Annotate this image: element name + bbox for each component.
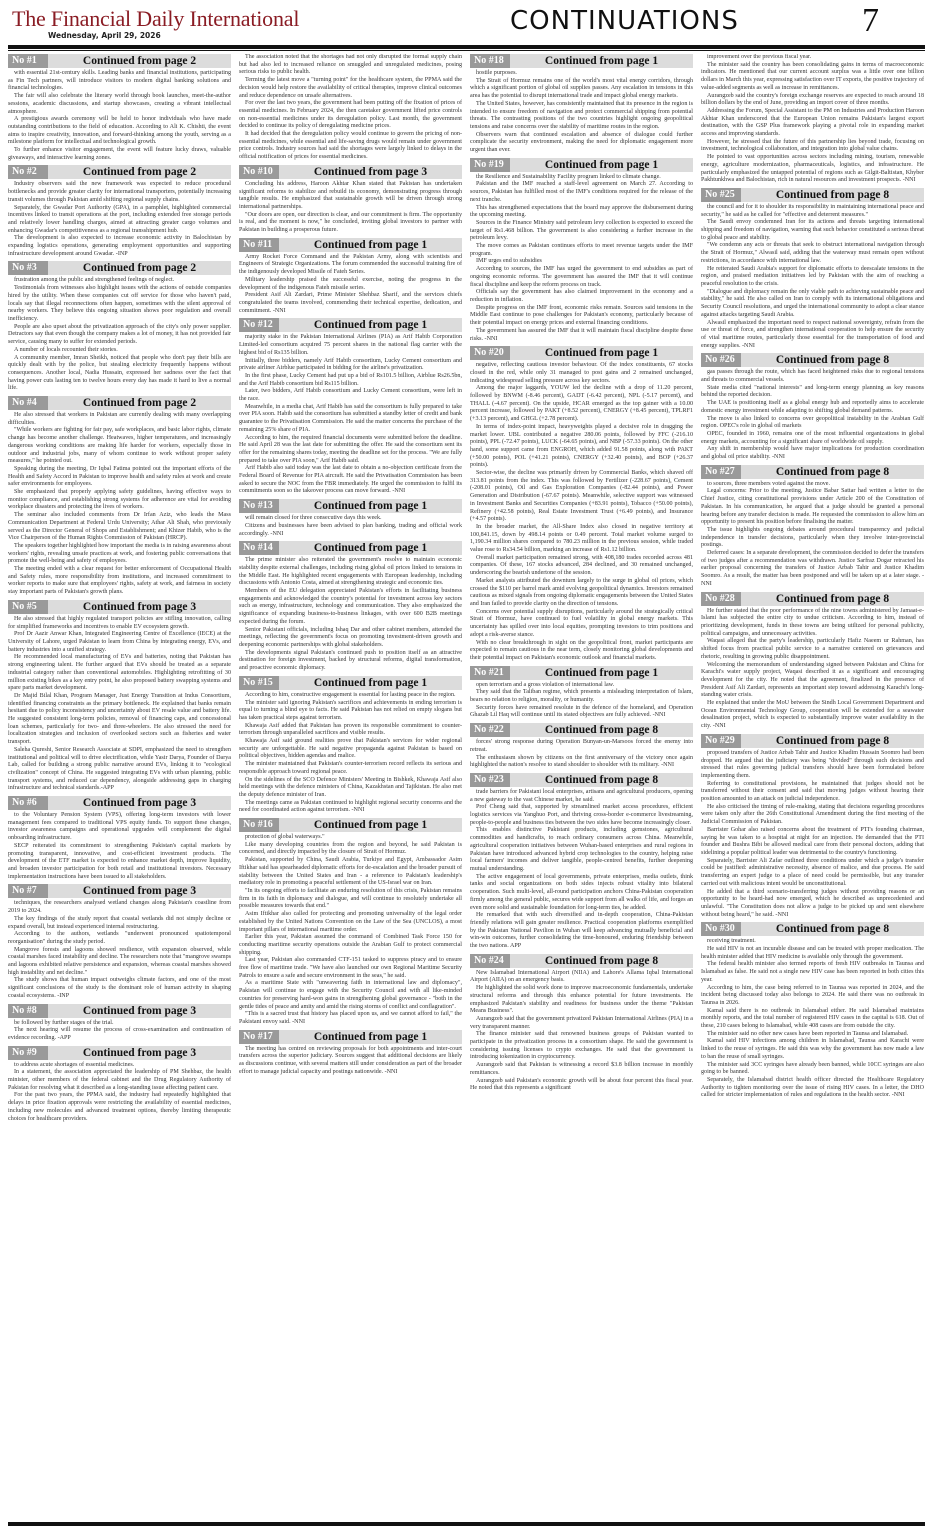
article-body: The meeting has centred on reviewing pro…: [239, 1046, 462, 1077]
article-body: The prime minister also reiterated the g…: [239, 557, 462, 673]
article-number-badge: No #26: [701, 353, 741, 367]
paragraph: gas passes through the route, which has …: [701, 369, 924, 384]
paragraph: Army Rocket Force Command and the Pakist…: [239, 254, 462, 277]
article-number-badge: No #11: [239, 238, 279, 252]
paragraph: Sources in the Finance Ministry said pet…: [470, 220, 693, 243]
paragraph: The minister maintained that Pakistan's …: [239, 761, 462, 776]
paragraph: Prof Dr Aazir Anwar Khan, Integrated Eng…: [8, 631, 231, 654]
continuation-article: No #4Continued from page 2He also stress…: [8, 396, 231, 597]
article-number-badge: No #3: [8, 261, 48, 275]
paragraph: He pointed to vast opportunities across …: [701, 154, 924, 185]
continued-from-label: Continued from page 3: [48, 601, 231, 613]
paragraph: forces' strong response during Operation…: [470, 739, 693, 754]
paragraph: Like many developing countries from the …: [239, 842, 462, 857]
paragraph: According to him, the required financial…: [239, 435, 462, 466]
paragraph: Industry observers said the new framewor…: [8, 181, 231, 204]
continued-from-label: Continued from page 1: [279, 819, 462, 831]
paragraph: SECP reiterated its commitment to streng…: [8, 843, 231, 882]
paragraph: Deferred cases: In a separate developmen…: [701, 550, 924, 589]
paragraph: Market analysts attributed the downturn …: [470, 578, 693, 609]
paragraph: Aurangzeb said that Pakistan is witnessi…: [470, 1062, 693, 1077]
paragraph: The Strait of Hormuz remains one of the …: [470, 78, 693, 101]
continued-from-label: Continued from page 3: [48, 885, 231, 897]
paragraph: The fair will also celebrate the literar…: [8, 93, 231, 116]
article-header: No #21Continued from page 1: [470, 666, 693, 680]
paragraph: Officials say the government has also cl…: [470, 289, 693, 304]
paragraph: The active engagement of local governmen…: [470, 874, 693, 913]
article-header: No #27Continued from page 8: [701, 465, 924, 479]
paragraph: The government has assured the IMF that …: [470, 328, 693, 343]
continuation-article: No #22Continued from page 8forces' stron…: [470, 723, 693, 770]
paragraph: Observers warn that continued escalation…: [470, 132, 693, 155]
paragraph: The enthusiasm shown by citizens on the …: [470, 755, 693, 770]
paragraph: He also stressed that workers in Pakista…: [8, 412, 231, 427]
continuation-article: No #21Continued from page 1open terroris…: [470, 666, 693, 721]
paragraph: The key findings of the study report tha…: [8, 916, 231, 931]
paragraph: trade barriers for Pakistani local enter…: [470, 789, 693, 804]
article-header: No #7Continued from page 3: [8, 884, 231, 898]
article-header: No #2Continued from page 2: [8, 165, 231, 179]
footer-rule: [8, 1522, 925, 1526]
article-header: No #16Continued from page 1: [239, 818, 462, 832]
paragraph: Arif Habib also said today was the last …: [239, 465, 462, 496]
paragraph: For over the last two years, the governm…: [239, 100, 462, 131]
paragraph: This has strengthened expectations that …: [470, 205, 693, 220]
paragraph: The issue highlights ongoing debates aro…: [701, 527, 924, 550]
paragraph: will remain closed for three consecutive…: [239, 515, 462, 523]
article-body: the Resilience and Sustainability Facili…: [470, 174, 693, 343]
paragraph: "We condemn any acts or threats that see…: [701, 242, 924, 265]
continued-from-label: Continued from page 8: [510, 774, 693, 786]
paragraph: With no clear breakthrough in sight on t…: [470, 640, 693, 663]
paragraph: She emphasized that properly applying sa…: [8, 489, 231, 512]
article-number-badge: No #9: [8, 1046, 48, 1060]
paragraph: proposed transfers of Justice Arbab Tahi…: [701, 750, 924, 781]
article-number-badge: No #29: [701, 734, 741, 748]
paragraph: Kamal said there is no outbreak in Islam…: [701, 1008, 924, 1031]
article-header: No #19Continued from page 1: [470, 158, 693, 172]
paragraph: hostile purposes.: [470, 70, 693, 78]
continuation-article: No #17Continued from page 1The meeting h…: [239, 1030, 462, 1077]
paragraph: According to him, constructive engagemen…: [239, 692, 462, 700]
article-number-badge: No #10: [239, 165, 279, 179]
continuation-article: No #2Continued from page 2Industry obser…: [8, 165, 231, 258]
article-body: gas passes through the route, which has …: [701, 369, 924, 461]
paragraph: The meeting ended with a clear request f…: [8, 566, 231, 597]
article-body: Army Rocket Force Command and the Pakist…: [239, 254, 462, 316]
continued-from-label: Continued from page 1: [510, 55, 693, 67]
paragraph: The seminar also included comments from …: [8, 512, 231, 543]
paragraph: The minister said the country has been c…: [701, 62, 924, 93]
lead-continuation-text: The association noted that the shortages…: [239, 54, 462, 162]
paragraph: Alwasil emphasized the important need to…: [701, 320, 924, 351]
continued-from-label: Continued from page 3: [48, 797, 231, 809]
continuation-article: No #26Continued from page 8gas passes th…: [701, 353, 924, 461]
article-header: No #22Continued from page 8: [470, 723, 693, 737]
continuation-article: No #3Continued from page 2frustration am…: [8, 261, 231, 393]
continued-from-label: Continued from page 8: [510, 724, 693, 736]
section-title: CONTINUATIONS: [510, 6, 739, 36]
paragraph: He also stressed that highly regulated t…: [8, 616, 231, 631]
paragraph: However, he stressed that the future of …: [701, 139, 924, 154]
continuation-article: No #9Continued from page 3to address acu…: [8, 1046, 231, 1124]
paragraph: He remarked that with such diversified a…: [470, 912, 693, 951]
paragraph: to sources, three members voted against …: [701, 481, 924, 489]
paragraph: A number of locals recounted their stori…: [8, 347, 231, 355]
article-header: No #6Continued from page 3: [8, 796, 231, 810]
article-number-badge: No #2: [8, 165, 48, 179]
paragraph: The move comes as Pakistan continues eff…: [470, 243, 693, 258]
continued-from-label: Continued from page 8: [510, 955, 693, 967]
paragraph: Initially, three bidders, namely Arif Ha…: [239, 358, 462, 373]
paragraph: "Our doors are open, our direction is cl…: [239, 212, 462, 235]
continuation-article: No #6Continued from page 3to the Volunta…: [8, 796, 231, 881]
article-number-badge: No #1: [8, 54, 48, 68]
article-body: will remain closed for three consecutive…: [239, 515, 462, 538]
lead-continuation-text: improvement over the previous fiscal yea…: [701, 54, 924, 185]
continued-from-label: Continued from page 8: [741, 735, 924, 747]
article-number-badge: No #7: [8, 884, 48, 898]
paragraph: The finance minister said that renowned …: [470, 1031, 693, 1062]
continuation-article: No #13Continued from page 1will remain c…: [239, 499, 462, 538]
continuation-article: No #30Continued from page 8receiving tre…: [701, 922, 924, 1100]
paragraph: According to him, the case being referre…: [701, 985, 924, 1008]
continuation-article: No #5Continued from page 3He also stress…: [8, 600, 231, 793]
paragraph: In terms of index-point impact, heavywei…: [470, 424, 693, 470]
paragraph: In a statement, the association apprecia…: [8, 1069, 231, 1092]
paragraph: The developments signal Pakistan's conti…: [239, 650, 462, 673]
article-body: to the Voluntary Pension System (VPS), o…: [8, 812, 231, 881]
continuation-article: No #25Continued from page 8the council a…: [701, 188, 924, 350]
paragraph: Pakistan and the IMF reached a staff-lev…: [470, 181, 693, 204]
paragraph: Barrister Gohar also raised concerns abo…: [701, 827, 924, 858]
article-number-badge: No #27: [701, 465, 741, 479]
paragraph: majority stake in the Pakistan Internati…: [239, 334, 462, 357]
paragraph: He said HIV is not an incurable disease …: [701, 946, 924, 961]
paragraph: Aurangzeb said the country's foreign exc…: [701, 93, 924, 108]
article-header: No #15Continued from page 1: [239, 676, 462, 690]
paragraph: The federal health minister also termed …: [701, 961, 924, 984]
paragraph: Addressing the Forum, Special Assistant …: [701, 108, 924, 139]
masthead-rule: [8, 45, 925, 49]
continuation-article: No #18Continued from page 1hostile purpo…: [470, 54, 693, 155]
continued-from-label: Continued from page 1: [279, 239, 462, 251]
continued-from-label: Continued from page 1: [279, 542, 462, 554]
paragraph: The minister said 3CC syringes have alre…: [701, 1062, 924, 1077]
paragraph: Concerns over potential supply disruptio…: [470, 609, 693, 640]
article-header: No #11Continued from page 1: [239, 238, 462, 252]
paragraph: People are also upset about the privatiz…: [8, 324, 231, 347]
continued-from-label: Continued from page 3: [48, 1047, 231, 1059]
paragraph: He reiterated Saudi Arabia's support for…: [701, 266, 924, 289]
paragraph: Among the major laggards, YOUW led the d…: [470, 385, 693, 424]
paragraph: Khawaja Asif said ground realities prove…: [239, 738, 462, 761]
paragraph: Waqasi alleged that the party's leadersh…: [701, 638, 924, 661]
paragraph: As a maritime State with "unwavering fai…: [239, 980, 462, 1011]
paragraph: Speaking during the meeting, Dr Iqbal Fa…: [8, 466, 231, 489]
paragraph: President Asif Ali Zardari, Prime Minist…: [239, 292, 462, 315]
article-body: He also stressed that workers in Pakista…: [8, 412, 231, 597]
article-body: trade barriers for Pakistani local enter…: [470, 789, 693, 951]
paragraph: Dr Majid Bilal Khan, Program Manager, Ju…: [8, 693, 231, 747]
paragraph: improvement over the previous fiscal yea…: [701, 54, 924, 62]
continuation-article: No #20Continued from page 1negative, ref…: [470, 346, 693, 662]
continued-from-label: Continued from page 3: [279, 166, 462, 178]
paper-name: The Financial Daily International: [12, 6, 299, 32]
paragraph: "Dialogue and diplomacy remain the only …: [701, 289, 924, 320]
article-header: No #30Continued from page 8: [701, 922, 924, 936]
article-header: No #26Continued from page 8: [701, 353, 924, 367]
article-body: He further stated that the poor performa…: [701, 608, 924, 731]
article-number-badge: No #21: [470, 666, 510, 680]
article-header: No #3Continued from page 2: [8, 261, 231, 275]
article-number-badge: No #20: [470, 346, 510, 360]
paragraph: Separately, Barrister Ali Zafar outlined…: [701, 858, 924, 889]
article-number-badge: No #16: [239, 818, 279, 832]
article-body: Concluding his address, Haroon Akhtar Kh…: [239, 181, 462, 235]
paragraph: protection of global waterways.": [239, 834, 462, 842]
article-header: No #9Continued from page 3: [8, 1046, 231, 1060]
paragraph: the council and for it to shoulder its r…: [701, 204, 924, 219]
paragraph: Khawaja Asif added that Pakistan has pro…: [239, 723, 462, 738]
paragraph: Saleha Qureshi, Senior Research Associat…: [8, 747, 231, 793]
article-body: with essential 21st-century skills. Lead…: [8, 70, 231, 162]
column-3: No #18Continued from page 1hostile purpo…: [470, 54, 693, 1520]
paragraph: techniques, the researchers analysed wet…: [8, 900, 231, 915]
paragraph: "In its ongoing efforts to facilitate an…: [239, 888, 462, 911]
article-number-badge: No #15: [239, 676, 279, 690]
article-header: No #25Continued from page 8: [701, 188, 924, 202]
article-header: No #17Continued from page 1: [239, 1030, 462, 1044]
article-body: techniques, the researchers analysed wet…: [8, 900, 231, 1000]
article-body: be followed by further stages of the tri…: [8, 1020, 231, 1043]
paragraph: Legal concerns: Prior to the meeting, Ju…: [701, 488, 924, 527]
paragraph: According to sources, the IMF has urged …: [470, 266, 693, 289]
paragraph: According to the authors, wetlands "unde…: [8, 931, 231, 946]
paragraph: New Islamabad International Airport (NII…: [470, 970, 693, 985]
continued-from-label: Continued from page 2: [48, 55, 231, 67]
paragraph: They said that the Taliban regime, which…: [470, 689, 693, 704]
continued-from-label: Continued from page 1: [510, 667, 693, 679]
continuation-article: No #14Continued from page 1The prime min…: [239, 541, 462, 673]
continued-from-label: Continued from page 2: [48, 397, 231, 409]
article-number-badge: No #24: [470, 954, 510, 968]
paragraph: Last year, Pakistan also commanded CTF-1…: [239, 957, 462, 980]
paragraph: Sector-wise, the decline was primarily d…: [470, 470, 693, 524]
article-header: No #23Continued from page 8: [470, 773, 693, 787]
continued-from-label: Continued from page 8: [741, 354, 924, 366]
paragraph: with essential 21st-century skills. Lead…: [8, 70, 231, 93]
paragraph: He recommended local manufacturing of EV…: [8, 654, 231, 693]
paragraph: Kamal said HIV infections among children…: [701, 1038, 924, 1061]
paragraph: Mangrove forests and lagoons showed resi…: [8, 947, 231, 978]
paragraph: The UAE is positioning itself as a globa…: [701, 400, 924, 415]
paragraph: In the broader market, the All-Share Ind…: [470, 524, 693, 555]
paragraph: Despite progress on the IMF front, econo…: [470, 305, 693, 328]
paragraph: He added that a third scenario-transferr…: [701, 889, 924, 920]
article-header: No #29Continued from page 8: [701, 734, 924, 748]
paragraph: The association noted that the shortages…: [239, 54, 462, 77]
article-number-badge: No #13: [239, 499, 279, 513]
continuation-article: No #28Continued from page 8He further st…: [701, 592, 924, 731]
paragraph: Members of the EU delegation appreciated…: [239, 588, 462, 627]
article-number-badge: No #4: [8, 396, 48, 410]
paragraph: Aurangzeb said Pakistan's economic growt…: [470, 1078, 693, 1093]
paragraph: The speakers together highlighted how im…: [8, 543, 231, 566]
continuation-article: No #11Continued from page 1Army Rocket F…: [239, 238, 462, 316]
paragraph: negative, reflecting cautious investor b…: [470, 362, 693, 385]
paragraph: receiving treatment.: [701, 938, 924, 946]
paragraph: In the first phase, Lucky Cement had put…: [239, 373, 462, 388]
paragraph: "While workers are fighting for fair pay…: [8, 427, 231, 466]
continuation-article: No #8Continued from page 3be followed by…: [8, 1004, 231, 1043]
paragraph: Separately, the Islamabad district healt…: [701, 1077, 924, 1100]
paragraph: The study shows that human impact outwei…: [8, 977, 231, 1000]
article-body: hostile purposes.The Strait of Hormuz re…: [470, 70, 693, 155]
article-body: to sources, three members voted against …: [701, 481, 924, 589]
article-body: protection of global waterways."Like man…: [239, 834, 462, 1027]
paragraph: Concluding his address, Haroon Akhtar Kh…: [239, 181, 462, 212]
article-header: No #18Continued from page 1: [470, 54, 693, 68]
article-body: negative, reflecting cautious investor b…: [470, 362, 693, 662]
continued-from-label: Continued from page 8: [741, 466, 924, 478]
article-body: proposed transfers of Justice Arbab Tahi…: [701, 750, 924, 919]
article-body: to address acute shortages of essential …: [8, 1062, 231, 1124]
paragraph: The meeting has centred on reviewing pro…: [239, 1046, 462, 1077]
article-body: New Islamabad International Airport (NII…: [470, 970, 693, 1093]
article-header: No #20Continued from page 1: [470, 346, 693, 360]
paragraph: Testimonials from witnesses also highlig…: [8, 285, 231, 324]
article-body: receiving treatment.He said HIV is not a…: [701, 938, 924, 1100]
paragraph: Referring to constitutional provisions, …: [701, 781, 924, 804]
continuation-article: No #16Continued from page 1protection of…: [239, 818, 462, 1027]
article-body: the council and for it to shoulder its r…: [701, 204, 924, 350]
article-number-badge: No #6: [8, 796, 48, 810]
paragraph: He highlighted the solid work done to im…: [470, 985, 693, 1016]
article-body: Industry observers said the new framewor…: [8, 181, 231, 258]
continuation-article: No #19Continued from page 1the Resilienc…: [470, 158, 693, 343]
article-number-badge: No #18: [470, 54, 510, 68]
continued-from-label: Continued from page 1: [279, 677, 462, 689]
masthead-rule-thin: [8, 50, 925, 51]
continuation-article: No #23Continued from page 8trade barrier…: [470, 773, 693, 951]
paragraph: A community member, Imran Sheikh, notice…: [8, 355, 231, 394]
article-header: No #28Continued from page 8: [701, 592, 924, 606]
columns: No #1Continued from page 2with essential…: [8, 54, 925, 1520]
continuation-article: No #7Continued from page 3techniques, th…: [8, 884, 231, 1000]
paragraph: The Saudi envoy condemned Iran for its a…: [701, 219, 924, 242]
paragraph: Senior Pakistani officials, including Is…: [239, 627, 462, 650]
paragraph: OPEC, founded in 1960, remains one of th…: [701, 431, 924, 446]
continuation-article: No #1Continued from page 2with essential…: [8, 54, 231, 162]
continued-from-label: Continued from page 1: [510, 159, 693, 171]
paragraph: Asim Iftikhar also called for protecting…: [239, 911, 462, 934]
article-number-badge: No #14: [239, 541, 279, 555]
paragraph: Pakistan, supported by China, Saudi Arab…: [239, 857, 462, 888]
article-number-badge: No #23: [470, 773, 510, 787]
article-header: No #13Continued from page 1: [239, 499, 462, 513]
issue-date: Wednesday, April 29, 2026: [48, 31, 161, 40]
masthead: The Financial Daily International Wednes…: [0, 0, 945, 48]
article-body: forces' strong response during Operation…: [470, 739, 693, 770]
paragraph: Aurangzeb said that the government priva…: [470, 1016, 693, 1031]
paragraph: to the Voluntary Pension System (VPS), o…: [8, 812, 231, 843]
column-4: improvement over the previous fiscal yea…: [701, 54, 924, 1520]
article-body: majority stake in the Pakistan Internati…: [239, 334, 462, 496]
article-header: No #4Continued from page 2: [8, 396, 231, 410]
continuation-article: No #29Continued from page 8proposed tran…: [701, 734, 924, 919]
article-header: No #10Continued from page 3: [239, 165, 462, 179]
column-2: The association noted that the shortages…: [239, 54, 462, 1520]
paragraph: He explained that under the MoU between …: [701, 700, 924, 731]
article-number-badge: No #5: [8, 600, 48, 614]
paragraph: Later, two bidders, Arif Habib consortiu…: [239, 388, 462, 403]
paragraph: Terming the latest move a "turning point…: [239, 77, 462, 100]
continued-from-label: Continued from page 1: [279, 500, 462, 512]
continued-from-label: Continued from page 8: [741, 593, 924, 605]
paragraph: The meetings came as Pakistan continued …: [239, 800, 462, 815]
article-header: No #8Continued from page 3: [8, 1004, 231, 1018]
article-number-badge: No #19: [470, 158, 510, 172]
paragraph: "This is a sacred trust that history has…: [239, 1011, 462, 1026]
paragraph: This enables distinctive Pakistani produ…: [470, 827, 693, 873]
paragraph: A prestigious awards ceremony will be he…: [8, 116, 231, 147]
continued-from-label: Continued from page 3: [48, 1005, 231, 1017]
continued-from-label: Continued from page 1: [279, 1031, 462, 1043]
article-number-badge: No #22: [470, 723, 510, 737]
article-header: No #24Continued from page 8: [470, 954, 693, 968]
paragraph: State media cited "national interests" a…: [701, 385, 924, 400]
paragraph: Separately, the Gwadar Port Authority (G…: [8, 205, 231, 236]
paragraph: Military leadership praised the successf…: [239, 277, 462, 292]
article-number-badge: No #8: [8, 1004, 48, 1018]
paragraph: Security forces have remained resolute i…: [470, 705, 693, 720]
paragraph: It had decided that the deregulation pol…: [239, 131, 462, 162]
continued-from-label: Continued from page 1: [510, 347, 693, 359]
paragraph: He also criticised the timing of rule-ma…: [701, 804, 924, 827]
continuation-article: No #24Continued from page 8New Islamabad…: [470, 954, 693, 1093]
continuation-article: No #12Continued from page 1majority stak…: [239, 318, 462, 496]
continued-from-label: Continued from page 2: [48, 166, 231, 178]
article-body: He also stressed that highly regulated t…: [8, 616, 231, 793]
article-number-badge: No #12: [239, 318, 279, 332]
paragraph: For the past two years, the PPMA said, t…: [8, 1092, 231, 1123]
article-number-badge: No #30: [701, 922, 741, 936]
article-body: frustration among the public and strengt…: [8, 277, 231, 393]
continued-from-label: Continued from page 1: [279, 319, 462, 331]
article-number-badge: No #28: [701, 592, 741, 606]
article-number-badge: No #17: [239, 1030, 279, 1044]
paragraph: The minister said ignoring Pakistan's sa…: [239, 700, 462, 723]
article-header: No #12Continued from page 1: [239, 318, 462, 332]
article-number-badge: No #25: [701, 188, 741, 202]
article-body: open terrorism and a gross violation of …: [470, 682, 693, 721]
paragraph: Welcoming the memorandum of understandin…: [701, 662, 924, 701]
continuation-article: No #27Continued from page 8to sources, t…: [701, 465, 924, 589]
paragraph: He further stated that the poor performa…: [701, 608, 924, 639]
paragraph: Overall market participation remained st…: [470, 555, 693, 578]
continued-from-label: Continued from page 8: [741, 923, 924, 935]
paragraph: Any shift in membership would have major…: [701, 446, 924, 461]
paragraph: Earlier this year, Pakistan assumed the …: [239, 934, 462, 957]
paragraph: The development is also expected to incr…: [8, 235, 231, 258]
paragraph: On the sidelines of the SCO Defence Mini…: [239, 777, 462, 800]
column-1: No #1Continued from page 2with essential…: [8, 54, 231, 1520]
article-header: No #1Continued from page 2: [8, 54, 231, 68]
paragraph: The United States, however, has consiste…: [470, 101, 693, 132]
continued-from-label: Continued from page 8: [741, 189, 924, 201]
article-header: No #14Continued from page 1: [239, 541, 462, 555]
